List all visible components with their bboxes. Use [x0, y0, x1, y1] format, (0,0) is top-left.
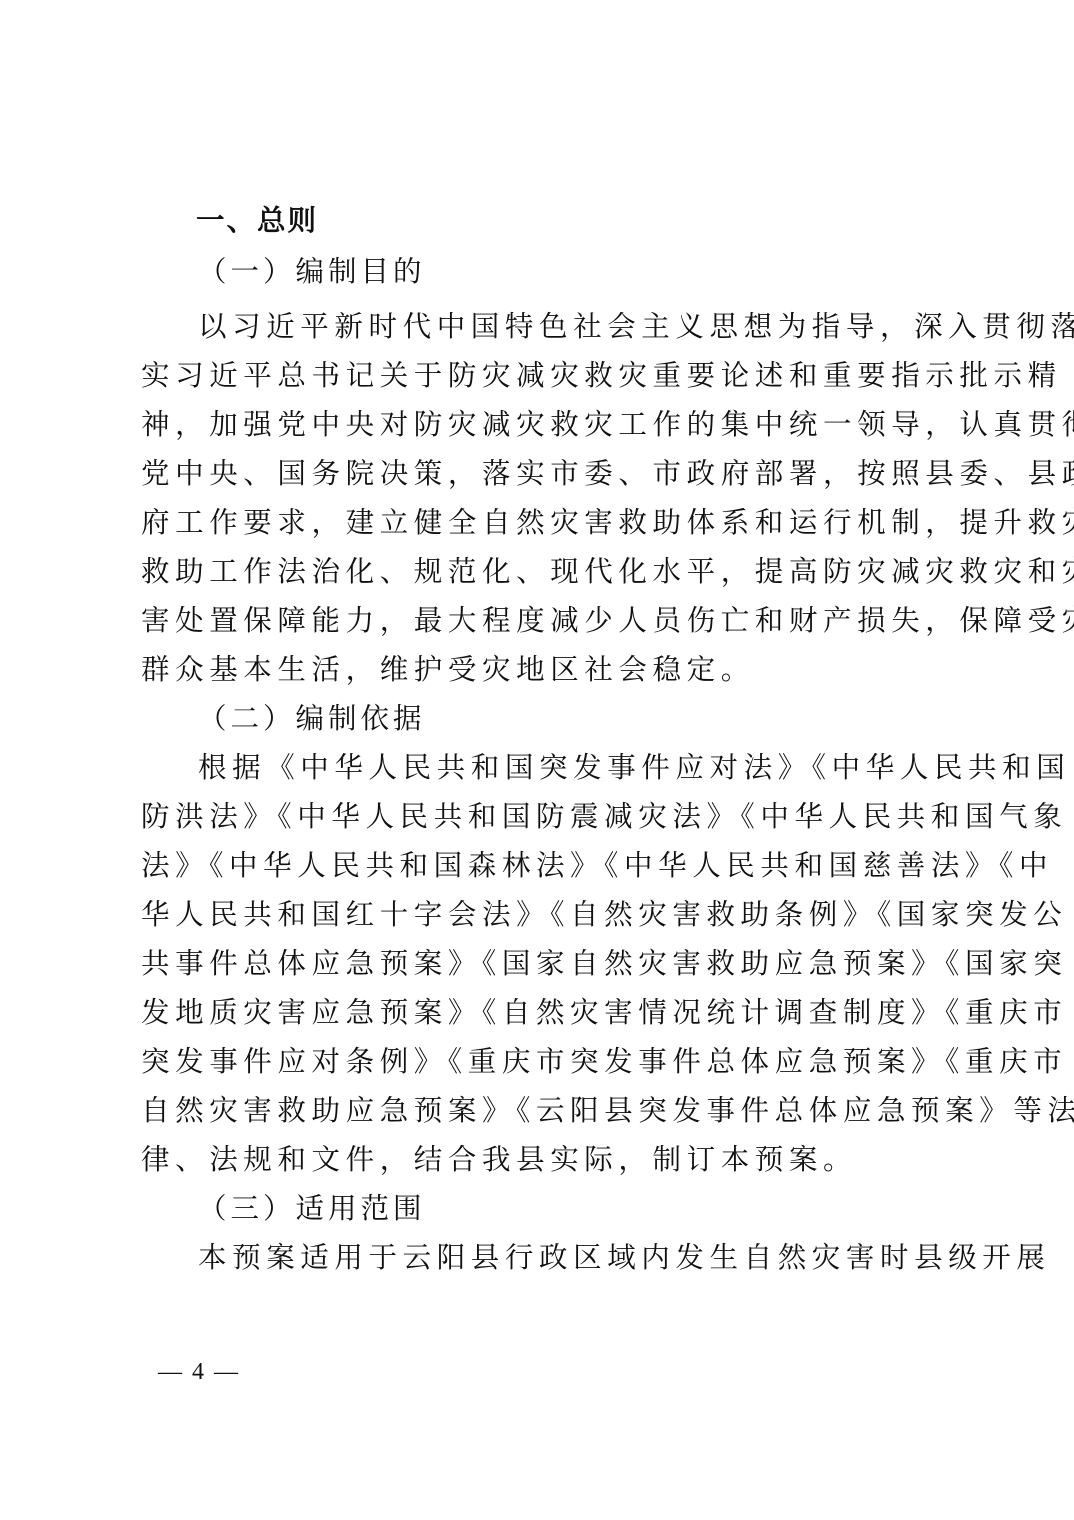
section-title: 一、总则: [196, 201, 996, 241]
paragraph-line: 发地质灾害应急预案》《自然灾害情况统计调查制度》《重庆市: [141, 993, 941, 1033]
subsection-title-purpose: （一）编制目的: [198, 252, 998, 292]
paragraph-line: 防洪法》《中华人民共和国防震减灾法》《中华人民共和国气象: [141, 797, 941, 837]
paragraph-line: 律、法规和文件，结合我县实际，制订本预案。: [141, 1140, 941, 1180]
paragraph-line: 共事件总体应急预案》《国家自然灾害救助应急预案》《国家突: [141, 944, 941, 984]
paragraph-line: 本预案适用于云阳县行政区域内发生自然灾害时县级开展: [198, 1238, 998, 1278]
document-page: 一、总则 （一）编制目的 以习近平新时代中国特色社会主义思想为指导，深入贯彻落 …: [0, 0, 1074, 1520]
paragraph-line: 党中央、国务院决策，落实市委、市政府部署，按照县委、县政: [141, 454, 941, 494]
paragraph-line: 府工作要求，建立健全自然灾害救助体系和运行机制，提升救灾: [141, 503, 941, 543]
page-number: — 4 —: [158, 1357, 240, 1387]
paragraph-line: 害处置保障能力，最大程度减少人员伤亡和财产损失，保障受灾: [141, 601, 941, 641]
paragraph-line: 实习近平总书记关于防灾减灾救灾重要论述和重要指示批示精: [141, 356, 941, 396]
paragraph-line: 群众基本生活，维护受灾地区社会稳定。: [141, 650, 941, 690]
paragraph-line: 突发事件应对条例》《重庆市突发事件总体应急预案》《重庆市: [141, 1042, 941, 1082]
paragraph-line: 以习近平新时代中国特色社会主义思想为指导，深入贯彻落: [198, 307, 998, 347]
paragraph-line: 华人民共和国红十字会法》《自然灾害救助条例》《国家突发公: [141, 895, 941, 935]
subsection-title-basis: （二）编制依据: [198, 699, 998, 739]
paragraph-line: 法》《中华人民共和国森林法》《中华人民共和国慈善法》《中: [141, 846, 941, 886]
paragraph-line: 神，加强党中央对防灾减灾救灾工作的集中统一领导，认真贯彻: [141, 405, 941, 445]
paragraph-line: 救助工作法治化、规范化、现代化水平，提高防灾减灾救灾和灾: [141, 552, 941, 592]
paragraph-line: 自然灾害救助应急预案》《云阳县突发事件总体应急预案》等法: [141, 1091, 941, 1131]
subsection-title-scope: （三）适用范围: [198, 1189, 998, 1229]
paragraph-line: 根据《中华人民共和国突发事件应对法》《中华人民共和国: [198, 748, 998, 788]
